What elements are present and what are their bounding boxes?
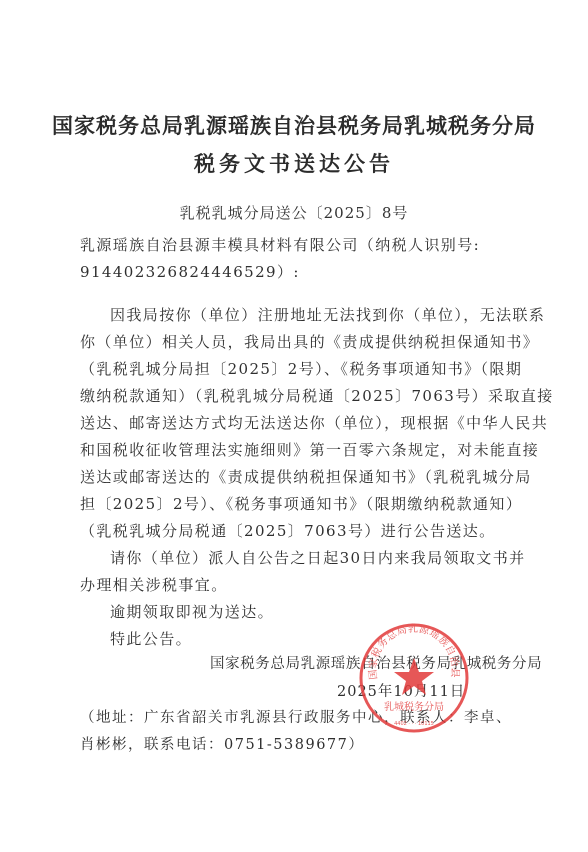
paragraph-line: （乳税乳城分局担〔2025〕2号）、《税务事项通知书》（限期 — [80, 356, 516, 383]
paragraph-overdue: 逾期领取即视为送达。 — [80, 599, 516, 626]
addressee: 乳源瑶族自治县源丰模具材料有限公司（纳税人识别号: 91440232682444… — [80, 232, 516, 286]
paragraph-line: 因我局按你（单位）注册地址无法找到你（单位），无法联系 — [80, 302, 516, 329]
document-page: 国家税务总局乳源瑶族自治县税务局乳城税务分局 税务文书送达公告 乳税乳城分局送公… — [0, 0, 588, 852]
paragraph-collect: 请你（单位）派人自公告之日起30日内来我局领取文书并 办理相关涉税事宜。 逾期领… — [80, 545, 516, 653]
contact-info: （地址：广东省韶关市乳源县行政服务中心，联系人：李卓、 肖彬彬，联系电话：075… — [80, 705, 520, 759]
signature-organization: 国家税务总局乳源瑶族自治县税务局乳城税务分局 — [210, 652, 542, 673]
paragraph-line: 请你（单位）派人自公告之日起30日内来我局领取文书并 — [80, 545, 516, 572]
paragraph-line: 和国税收征收管理法实施细则》第一百零六条规定，对未能直接 — [80, 437, 516, 464]
paragraph-line: 缴纳税款通知）（乳税乳城分局税通〔2025〕7063号）采取直接 — [80, 383, 516, 410]
addressee-line-1: 乳源瑶族自治县源丰模具材料有限公司（纳税人识别号: — [80, 232, 516, 259]
document-title: 国家税务总局乳源瑶族自治县税务局乳城税务分局 — [0, 110, 588, 140]
contact-line-2: 肖彬彬，联系电话：0751-5389677） — [80, 732, 520, 759]
document-number: 乳税乳城分局送公〔2025〕8号 — [0, 202, 588, 223]
paragraph-line: （乳税乳城分局税通〔2025〕7063号）进行公告送达。 — [80, 518, 516, 545]
document-subtitle: 税务文书送达公告 — [0, 148, 588, 178]
paragraph-line: 办理相关涉税事宜。 — [80, 572, 516, 599]
paragraph-line: 你（单位）相关人员，我局出具的《责成提供纳税担保通知书》 — [80, 329, 516, 356]
paragraph-line: 担〔2025〕2号）、《税务事项通知书》（限期缴纳税款通知） — [80, 491, 516, 518]
paragraph-line: 送达、邮寄送达方式均无法送达你（单位），现根据《中华人民共 — [80, 410, 516, 437]
contact-line-1: （地址：广东省韶关市乳源县行政服务中心，联系人：李卓、 — [80, 705, 520, 732]
paragraph-closing: 特此公告。 — [80, 626, 516, 653]
addressee-line-2: 914402326824446529）: — [80, 259, 516, 286]
paragraph-line: 送达或邮寄送达的《责成提供纳税担保通知书》（乳税乳城分局 — [80, 464, 516, 491]
paragraph-notice: 因我局按你（单位）注册地址无法找到你（单位），无法联系 你（单位）相关人员，我局… — [80, 302, 516, 545]
signature-date: 2025年10月11日 — [337, 680, 465, 701]
